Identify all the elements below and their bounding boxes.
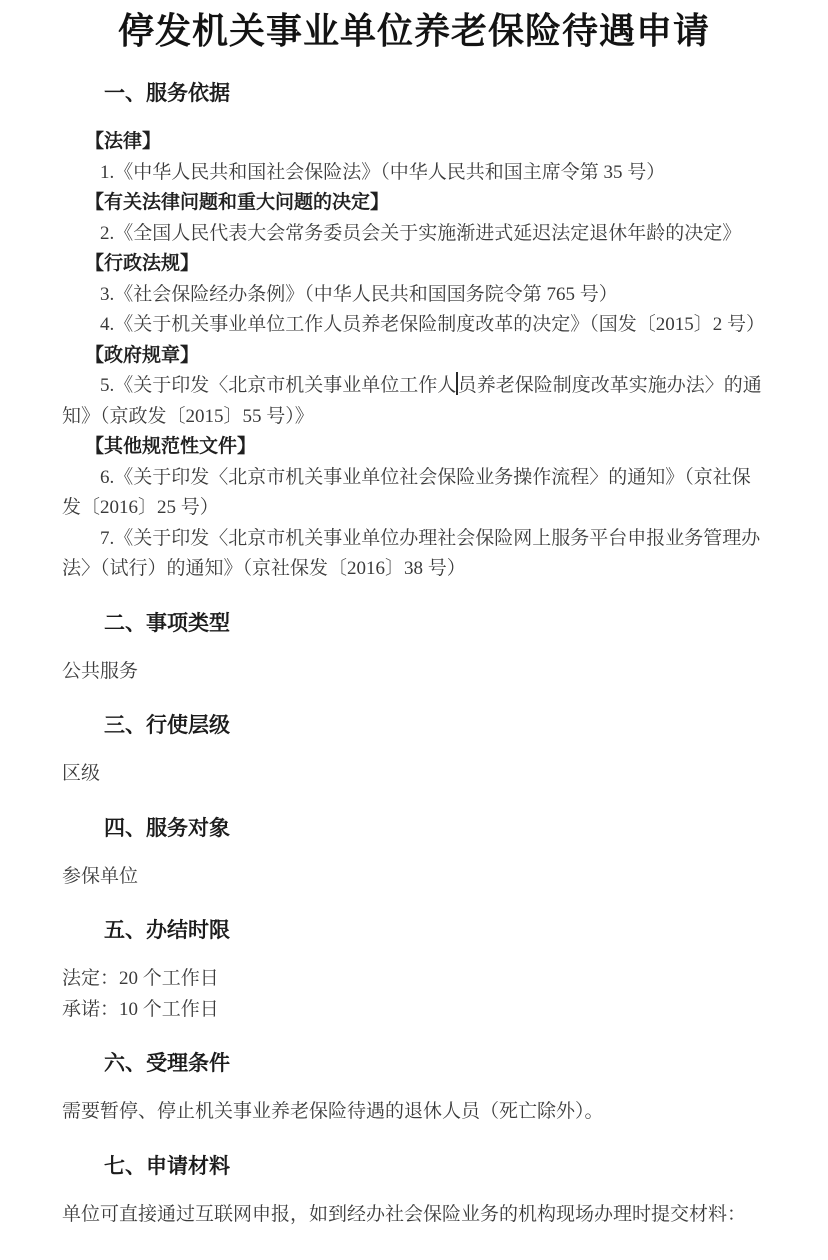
section-completion-time-limit: 五、办结时限 法定：20 个工作日 承诺：10 个工作日 bbox=[62, 918, 766, 1025]
legal-basis-item-5-text-before-cursor: 5.《关于印发〈北京市机关事业单位工作人 bbox=[100, 375, 456, 396]
section-heading-service-target: 四、服务对象 bbox=[62, 816, 766, 842]
section-heading-exercise-level: 三、行使层级 bbox=[62, 713, 766, 739]
service-target-value: 参保单位 bbox=[62, 862, 766, 893]
legal-basis-item-2: 2.《全国人民代表大会常务委员会关于实施渐进式延迟法定退休年龄的决定》 bbox=[62, 219, 766, 250]
section-acceptance-conditions: 六、受理条件 需要暂停、停止机关事业养老保险待遇的退休人员（死亡除外）。 bbox=[62, 1051, 766, 1128]
legal-basis-item-4: 4.《关于机关事业单位工作人员养老保险制度改革的决定》（国发〔2015〕2 号） bbox=[62, 310, 766, 341]
legal-basis-item-5: 5.《关于印发〈北京市机关事业单位工作人员养老保险制度改革实施办法〉的通知》（京… bbox=[62, 371, 766, 432]
application-materials-intro: 单位可直接通过互联网申报，如到经办社会保险业务的机构现场办理时提交材料： bbox=[62, 1200, 766, 1231]
category-label-law: 【法律】 bbox=[62, 127, 766, 158]
category-label-administrative-regulations: 【行政法规】 bbox=[62, 249, 766, 280]
document-page: 停发机关事业单位养老保险待遇申请 一、服务依据 【法律】 1.《中华人民共和国社… bbox=[0, 0, 828, 1260]
section-service-target: 四、服务对象 参保单位 bbox=[62, 816, 766, 893]
legal-basis-item-6: 6.《关于印发〈北京市机关事业单位社会保险业务操作流程〉的通知》（京社保发〔20… bbox=[62, 463, 766, 524]
category-label-government-rules: 【政府规章】 bbox=[62, 341, 766, 372]
section-service-basis: 一、服务依据 【法律】 1.《中华人民共和国社会保险法》（中华人民共和国主席令第… bbox=[62, 81, 766, 585]
legal-basis-item-7: 7.《关于印发〈北京市机关事业单位办理社会保险网上服务平台申报业务管理办法〉（试… bbox=[62, 524, 766, 585]
section-exercise-level: 三、行使层级 区级 bbox=[62, 713, 766, 790]
section-heading-application-materials: 七、申请材料 bbox=[62, 1154, 766, 1180]
legal-basis-item-1: 1.《中华人民共和国社会保险法》（中华人民共和国主席令第 35 号） bbox=[62, 158, 766, 189]
section-heading-completion-time-limit: 五、办结时限 bbox=[62, 918, 766, 944]
legal-basis-item-3: 3.《社会保险经办条例》（中华人民共和国国务院令第 765 号） bbox=[62, 280, 766, 311]
category-label-other-normative-documents: 【其他规范性文件】 bbox=[62, 432, 766, 463]
acceptance-conditions-text: 需要暂停、停止机关事业养老保险待遇的退休人员（死亡除外）。 bbox=[62, 1097, 766, 1128]
section-matter-type: 二、事项类型 公共服务 bbox=[62, 611, 766, 688]
section-heading-acceptance-conditions: 六、受理条件 bbox=[62, 1051, 766, 1077]
promised-time-limit: 承诺：10 个工作日 bbox=[62, 995, 766, 1026]
section-heading-matter-type: 二、事项类型 bbox=[62, 611, 766, 637]
category-label-legal-decisions: 【有关法律问题和重大问题的决定】 bbox=[62, 188, 766, 219]
section-heading-service-basis: 一、服务依据 bbox=[62, 81, 766, 107]
matter-type-value: 公共服务 bbox=[62, 657, 766, 688]
section-application-materials: 七、申请材料 单位可直接通过互联网申报，如到经办社会保险业务的机构现场办理时提交… bbox=[62, 1154, 766, 1231]
document-title: 停发机关事业单位养老保险待遇申请 bbox=[62, 8, 766, 55]
exercise-level-value: 区级 bbox=[62, 759, 766, 790]
statutory-time-limit: 法定：20 个工作日 bbox=[62, 964, 766, 995]
